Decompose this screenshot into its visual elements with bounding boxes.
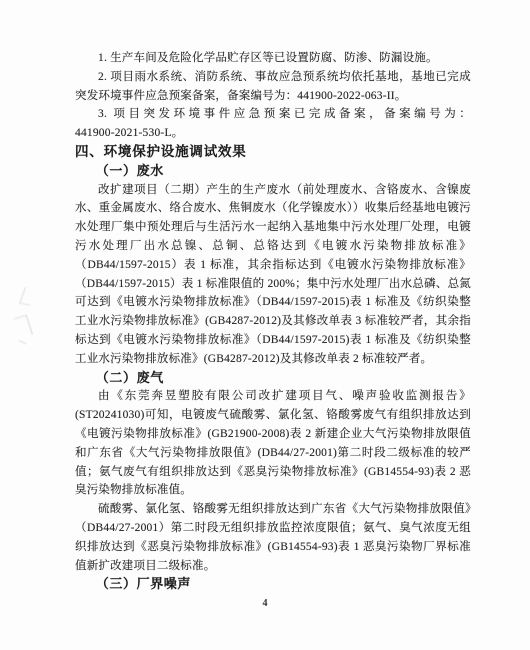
- list-item-3-line-2: 441900-2021-530-L。: [75, 124, 471, 143]
- document-body: 1. 生产车间及危险化学品贮存区等已设置防腐、防渗、防漏设施。 2. 项目雨水系…: [75, 49, 471, 594]
- list-item-3-line-1: 3. 项目突发环境事件应急预案已完成备案，备案编号为：: [75, 105, 471, 124]
- exhaust-gas-paragraph-1: 由《东莞奔昱塑胶有限公司改扩建项目气、噪声验收监测报告》(ST20241030)…: [75, 387, 471, 500]
- page-number: 4: [0, 598, 530, 609]
- document-page: 1. 生产车间及危险化学品贮存区等已设置防腐、防渗、防漏设施。 2. 项目雨水系…: [0, 0, 530, 650]
- wastewater-paragraph: 改扩建项目（二期）产生的生产废水（前处理废水、含铬废水、含镍废水、重金属废水、络…: [75, 181, 471, 369]
- subsection-boundary-noise-heading: （三）厂界噪声: [75, 575, 471, 594]
- margin-pencil-mark: [19, 287, 36, 305]
- subsection-wastewater-heading: （一）废水: [75, 162, 471, 181]
- margin-pencil-mark: [19, 335, 29, 345]
- list-item-2: 2. 项目雨水系统、消防系统、事故应急预系统均依托基地，基地已完成突发环境事件应…: [75, 68, 471, 106]
- exhaust-gas-paragraph-2: 硫酸雾、氯化氢、铬酸雾无组织排放达到广东省《大气污染物排放限值》（DB44/27…: [75, 500, 471, 575]
- subsection-exhaust-gas-heading: （二）废气: [75, 369, 471, 388]
- list-item-1: 1. 生产车间及危险化学品贮存区等已设置防腐、防渗、防漏设施。: [75, 49, 471, 68]
- section-4-heading: 四、环境保护设施调试效果: [75, 143, 471, 162]
- margin-pencil-mark: [14, 315, 33, 339]
